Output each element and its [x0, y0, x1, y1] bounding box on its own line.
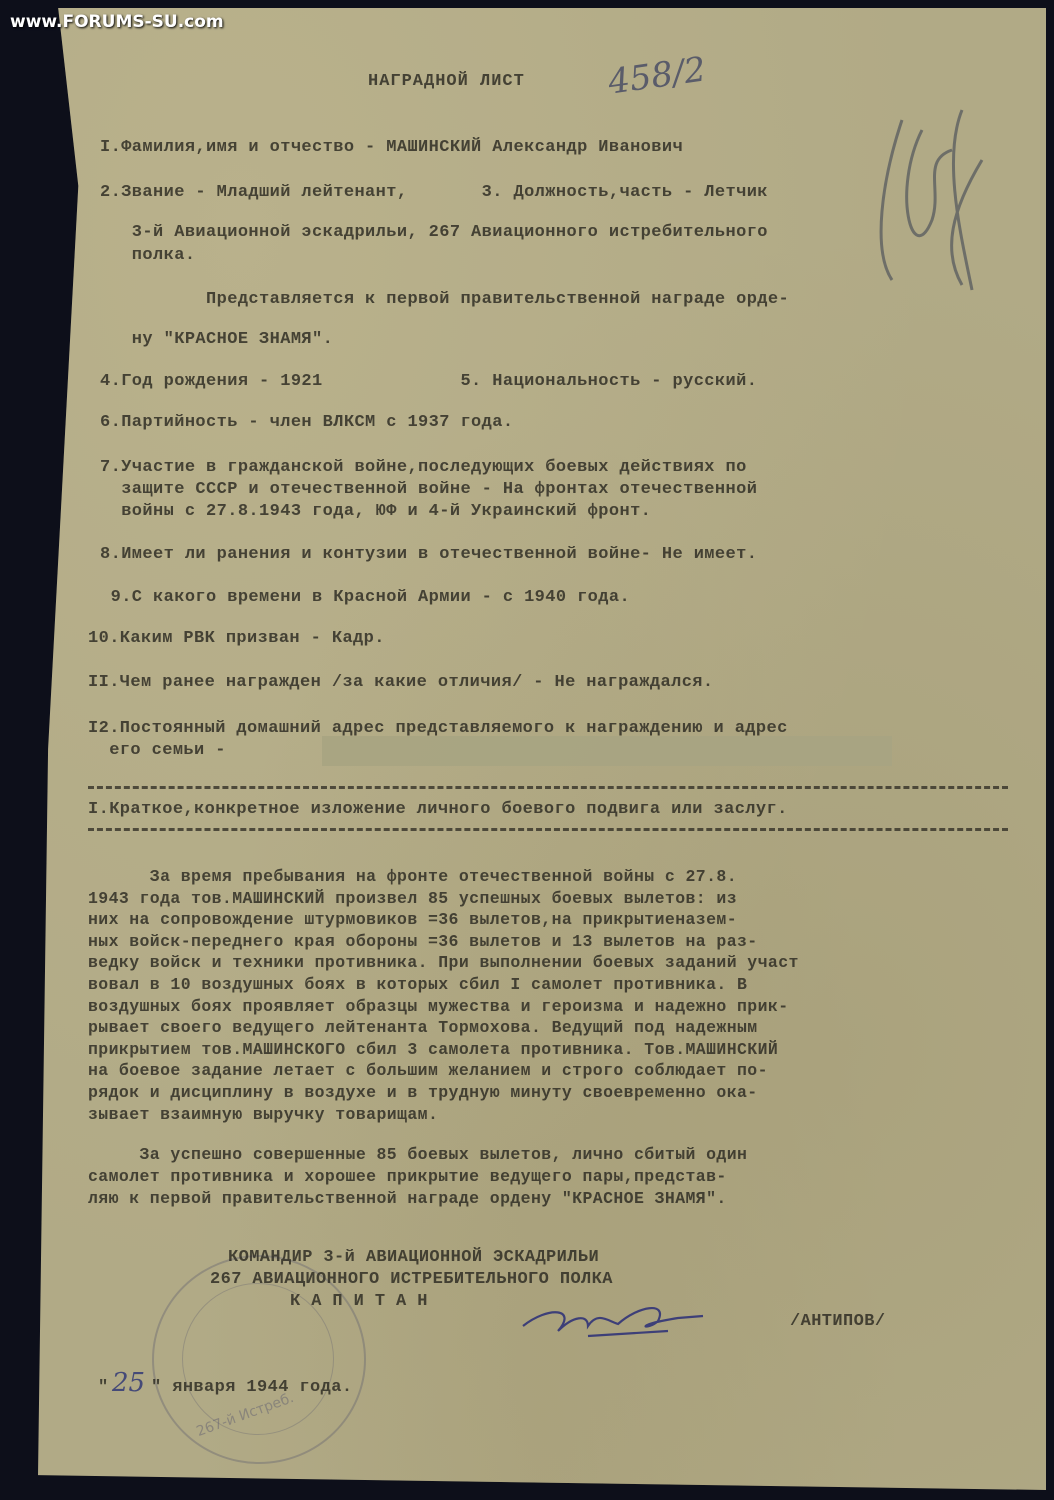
divider-top — [88, 786, 1008, 789]
item-4-5-birth-nationality: 4.Год рождения - 1921 5. Национальность … — [100, 372, 757, 391]
item-9-service-since: 9.С какого времени в Красной Армии - с 1… — [100, 588, 630, 607]
signatory-title-line2: 267 АВИАЦИОННОГО ИСТРЕБИТЕЛЬНОГО ПОЛКА — [210, 1270, 613, 1289]
handwritten-signature — [518, 1296, 718, 1346]
signatory-name: /АНТИПОВ/ — [790, 1312, 885, 1331]
section-heading: I.Краткое,конкретное изложение личного б… — [88, 800, 788, 819]
nomination-order: ну "КРАСНОЕ ЗНАМЯ". — [100, 330, 333, 349]
item-6-party: 6.Партийность - член ВЛКСМ с 1937 года. — [100, 413, 513, 432]
conclusion-text: За успешно совершенные 85 боевых вылетов… — [88, 1144, 747, 1210]
redacted-address — [322, 736, 892, 766]
handwritten-resolution-mark — [862, 100, 992, 300]
item-3-unit: 3-й Авиационной эскадрильи, 267 Авиацион… — [100, 223, 768, 242]
narrative-text: За время пребывания на фронте отечествен… — [88, 866, 799, 1125]
divider-bottom — [88, 828, 1008, 831]
item-8-wounds: 8.Имеет ли ранения и контузии в отечеств… — [100, 545, 757, 564]
item-3-unit-cont: полка. — [100, 246, 195, 265]
handwritten-day: 25 — [112, 1368, 145, 1398]
signatory-rank: К А П И Т А Н — [290, 1292, 428, 1311]
nomination-text: Представляется к первой правительственно… — [100, 290, 789, 309]
document-title: НАГРАДНОЙ ЛИСТ — [368, 72, 525, 91]
item-7-participation: 7.Участие в гражданской войне,последующи… — [100, 457, 757, 523]
item-11-previous-awards: II.Чем ранее награжден /за какие отличия… — [88, 673, 714, 692]
item-1-full-name: I.Фамилия,имя и отчество - МАШИНСКИЙ Але… — [100, 138, 683, 157]
signatory-title-line1: КОМАНДИР 3-й АВИАЦИОННОЙ ЭСКАДРИЛЬИ — [228, 1248, 599, 1267]
site-watermark: www.FORUMS-SU.com — [10, 12, 224, 32]
item-10-draft-office: 10.Каким РВК призван - Кадр. — [88, 629, 385, 648]
item-2-3-rank-position: 2.Звание - Младший лейтенант, 3. Должнос… — [100, 183, 768, 202]
